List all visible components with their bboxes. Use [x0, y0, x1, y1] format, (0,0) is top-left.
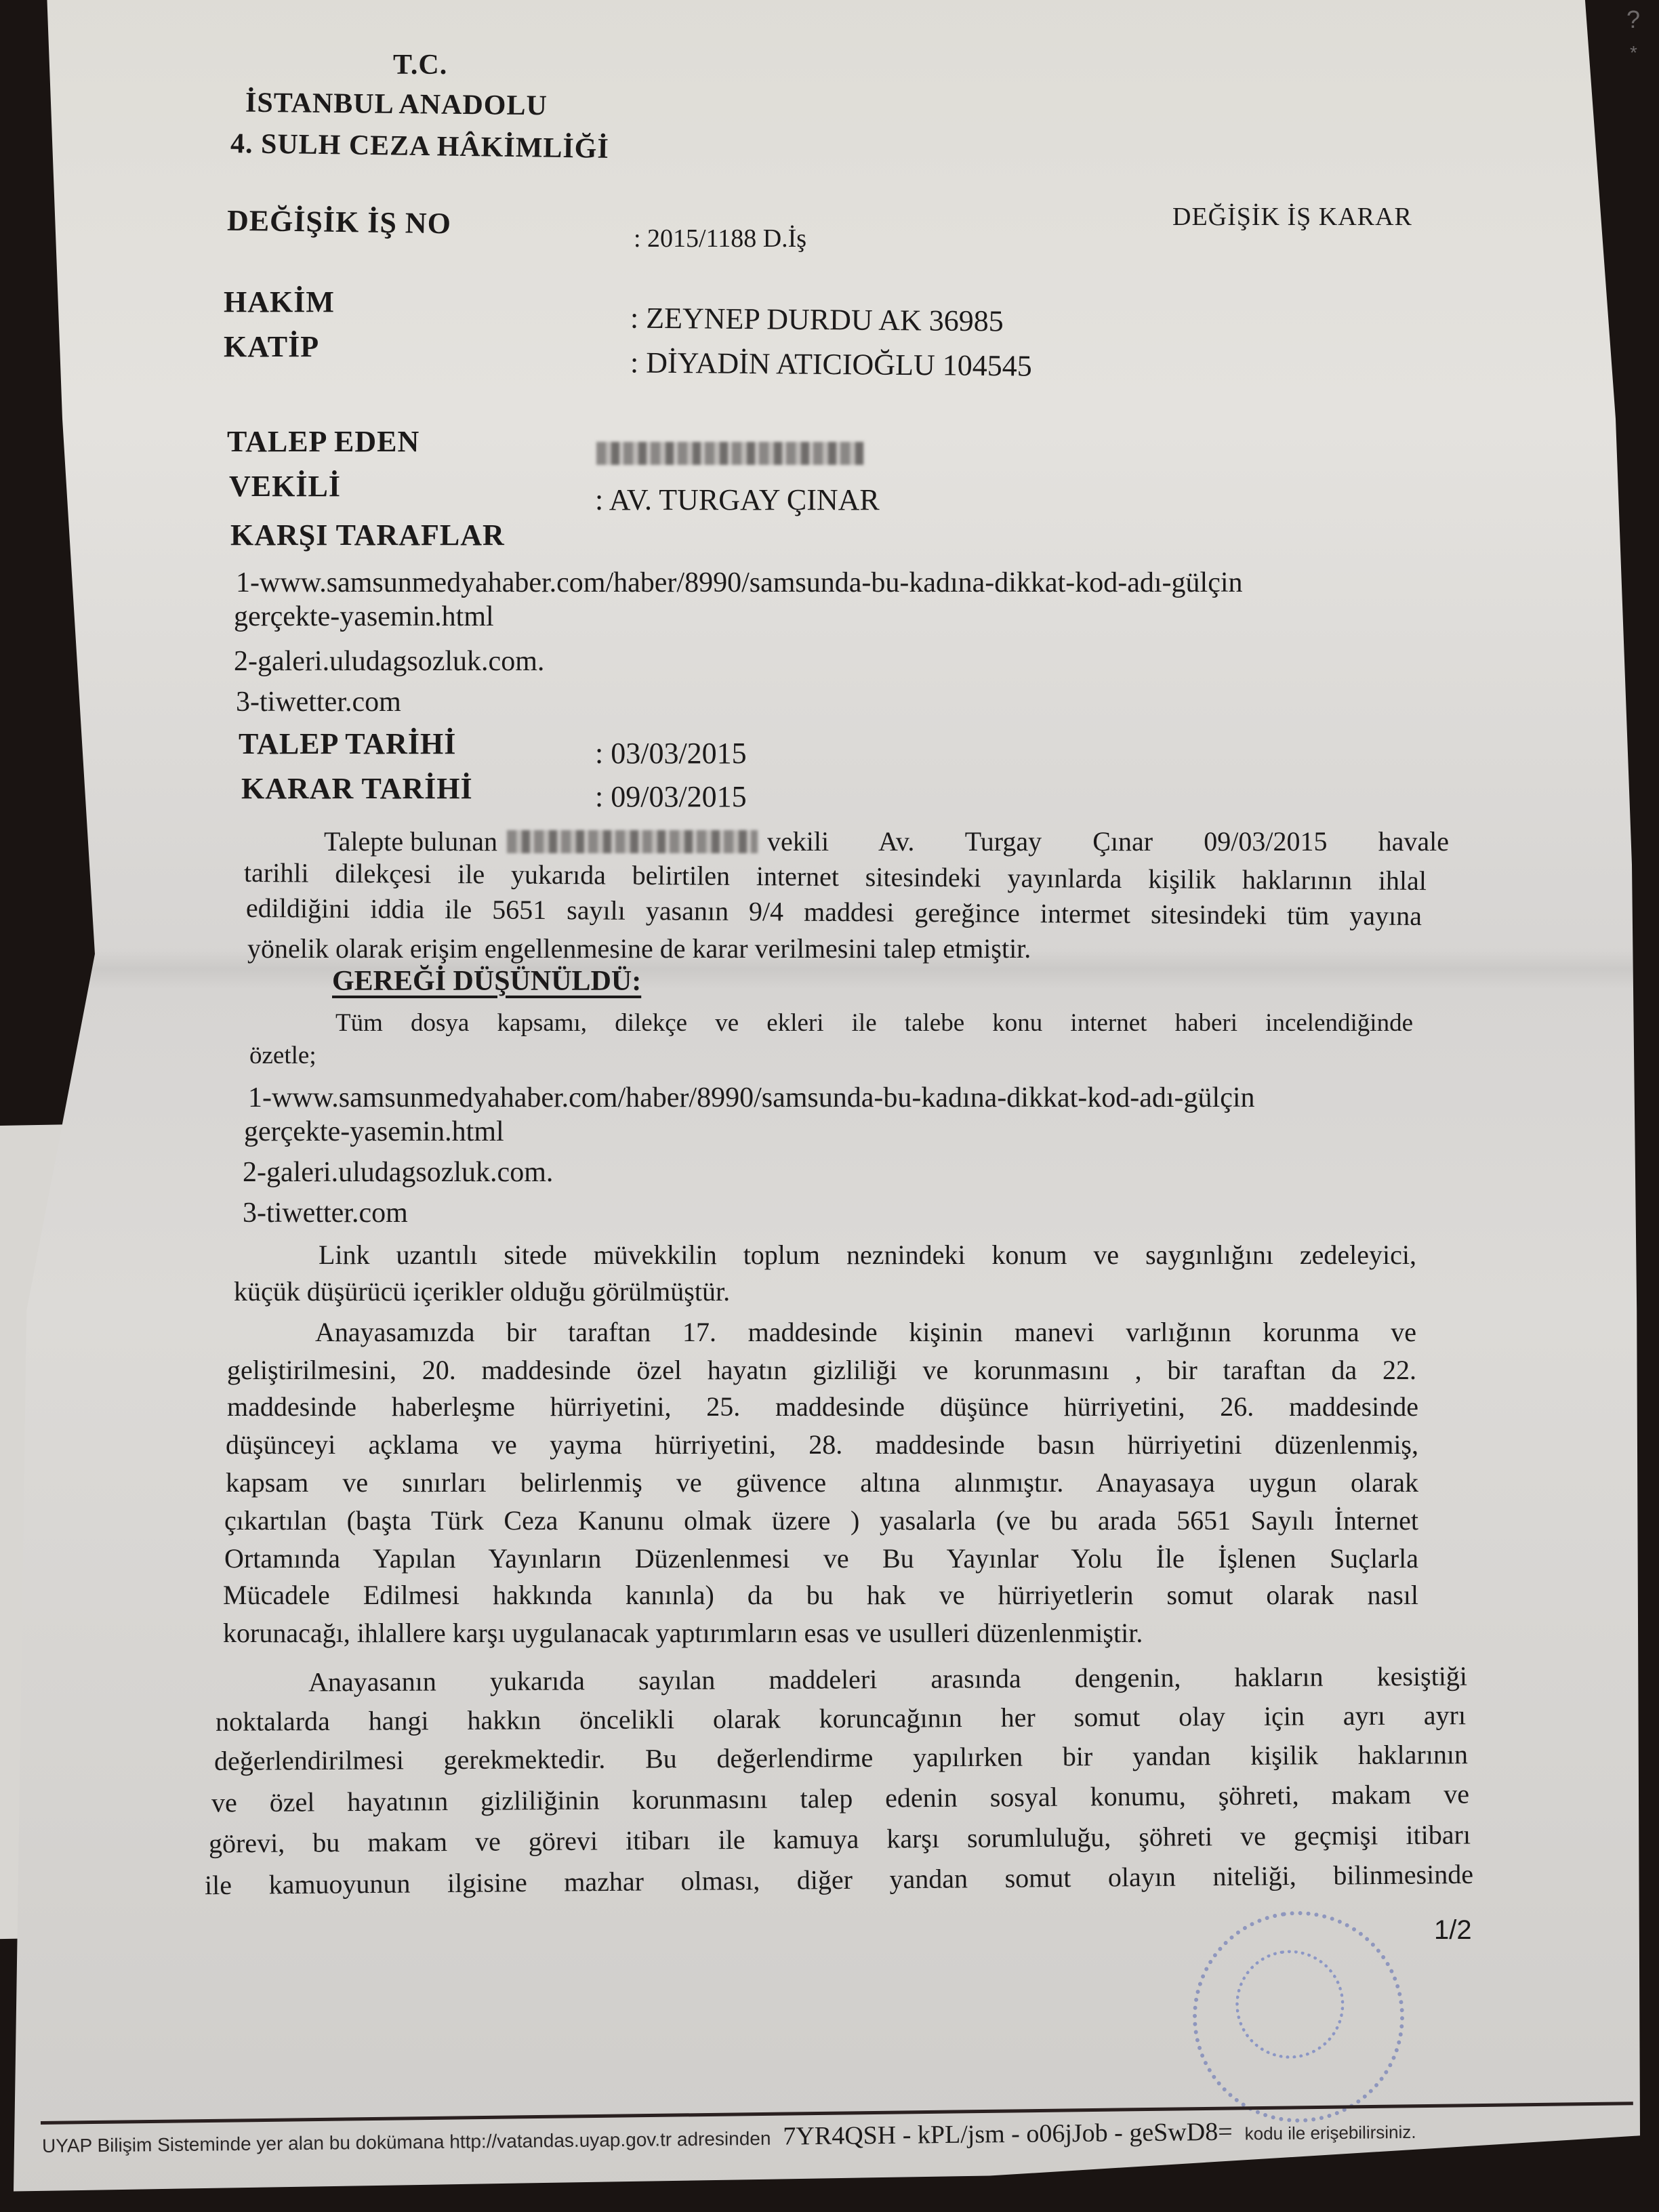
request-paragraph-line4: yönelik olarak erişim engellenmesine de …: [247, 933, 1031, 964]
balance-line-5: görevi, bu makam ve görevi itibarı ile k…: [209, 1819, 1471, 1860]
official-stamp: [1179, 1898, 1418, 2136]
constitution-line-6: çıkartılan (başta Türk Ceza Kanunu olmak…: [224, 1504, 1418, 1536]
constitution-line-3: maddesinde haberleşme hürriyetini, 25. m…: [227, 1391, 1418, 1422]
redacted-name: [596, 442, 864, 465]
constitution-line-1: Anayasamızda bir taraftan 17. maddesinde…: [315, 1316, 1416, 1348]
attorney-value: : AV. TURGAY ÇINAR: [595, 483, 880, 517]
balance-line-4: ve özel hayatının gizliliğinin korunması…: [211, 1778, 1469, 1819]
finding-paragraph-line2: küçük düşürücü içerikler olduğu görülmüş…: [234, 1275, 730, 1307]
judge-value: : ZEYNEP DURDU AK 36985: [630, 301, 1004, 339]
document-content: T.C. İSTANBUL ANADOLU 4. SULH CEZA HÂKİM…: [0, 0, 1659, 2212]
decision-date-value: : 09/03/2015: [595, 779, 747, 814]
section-heading: GEREĞİ DÜŞÜNÜLDÜ:: [332, 965, 641, 998]
balance-line-1: Anayasanın yukarıda sayılan maddeleri ar…: [308, 1660, 1467, 1698]
requester-label: TALEP EDEN: [227, 424, 419, 459]
footer-access-code: 7YR4QSH - kPL/jsm - o06jJob - geSwD8=: [783, 2117, 1233, 2152]
footer-prefix: UYAP Bilişim Sisteminde yer alan bu dokü…: [42, 2128, 771, 2157]
balance-line-3: değerlendirilmesi gerekmektedir. Bu değe…: [214, 1738, 1468, 1777]
request-paragraph-line2: tarihli dilekçesi ile yukarıda belirtile…: [244, 857, 1427, 897]
opposing-party-url-2: 2-galeri.uludagsozluk.com.: [234, 645, 544, 678]
constitution-line-7: Ortamında Yapılan Yayınların Düzenlenmes…: [224, 1542, 1418, 1574]
request-paragraph-line3: edildiğini iddia ile 5651 sayılı yasanın…: [246, 892, 1422, 932]
header-court-region: İSTANBUL ANADOLU: [245, 87, 548, 123]
footer-suffix: kodu ile erişebilirsiniz.: [1245, 2122, 1416, 2145]
review-paragraph-line2: özetle;: [249, 1041, 316, 1070]
case-no-value: : 2015/1188 D.İş: [634, 224, 806, 253]
document-type: DEĞİŞİK İŞ KARAR: [1172, 202, 1412, 232]
reviewed-url-2: 2-galeri.uludagsozluk.com.: [243, 1156, 553, 1189]
constitution-line-8: Mücadele Edilmesi hakkında kanınla) da b…: [223, 1579, 1418, 1611]
redacted-requester: [507, 830, 758, 853]
attorney-label: VEKİLİ: [229, 469, 341, 504]
header-tc: T.C.: [393, 49, 447, 81]
request-paragraph-line1: Talepte bulunan vekili Av. Turgay Çınar …: [324, 825, 1449, 857]
opposing-parties-label: KARŞI TARAFLAR: [230, 518, 505, 552]
stamp-crescent: [1229, 1943, 1351, 2066]
constitution-line-2: geliştirilmesini, 20. maddesinde özel ha…: [227, 1354, 1416, 1386]
request-intro: Talepte bulunan: [324, 825, 497, 857]
header-court-name: 4. SULH CEZA HÂKİMLİĞİ: [230, 127, 609, 165]
judge-label: HAKİM: [224, 285, 335, 319]
balance-line-2: noktalarda hangi hakkın öncelikli olarak…: [216, 1699, 1466, 1738]
balance-line-6: ile kamuoyunun ilgisine mazhar olması, d…: [205, 1858, 1473, 1901]
opposing-party-url-1: 1-www.samsunmedyahaber.com/haber/8990/sa…: [236, 567, 1243, 599]
review-paragraph-line1: Tüm dosya kapsamı, dilekçe ve ekleri ile…: [335, 1008, 1413, 1038]
decision-date-label: KARAR TARİHİ: [241, 771, 473, 806]
constitution-line-4: düşünceyi açklama ve yayma hürriyetini, …: [226, 1429, 1418, 1460]
request-date-value: : 03/03/2015: [595, 736, 747, 771]
request-date-label: TALEP TARİHİ: [239, 726, 456, 761]
case-no-label: DEĞİŞİK İŞ NO: [227, 203, 452, 241]
clerk-value: : DİYADİN ATICIOĞLU 104545: [630, 345, 1032, 383]
constitution-line-9: korunacağı, ihlallere karşı uygulanacak …: [223, 1617, 1143, 1649]
clerk-label: KATİP: [224, 329, 319, 364]
photo-scene: ? * T.C. İSTANBUL ANADOLU 4. SULH CEZA H…: [0, 0, 1659, 2212]
request-intro-rest: vekili Av. Turgay Çınar 09/03/2015 haval…: [767, 825, 1449, 857]
reviewed-url-1: 1-www.samsunmedyahaber.com/haber/8990/sa…: [248, 1082, 1255, 1114]
reviewed-url-1-cont: gerçekte-yasemin.html: [244, 1115, 504, 1148]
opposing-party-url-1-cont: gerçekte-yasemin.html: [234, 600, 494, 633]
opposing-party-url-3: 3-tiwetter.com: [236, 686, 401, 718]
finding-paragraph-line1: Link uzantılı sitede müvekkilin toplum n…: [319, 1239, 1416, 1271]
page-number: 1/2: [1434, 1915, 1472, 1946]
reviewed-url-3: 3-tiwetter.com: [243, 1197, 408, 1229]
constitution-line-5: kapsam ve sınırları belirlenmiş ve güven…: [226, 1467, 1418, 1498]
requester-value: [596, 442, 864, 465]
